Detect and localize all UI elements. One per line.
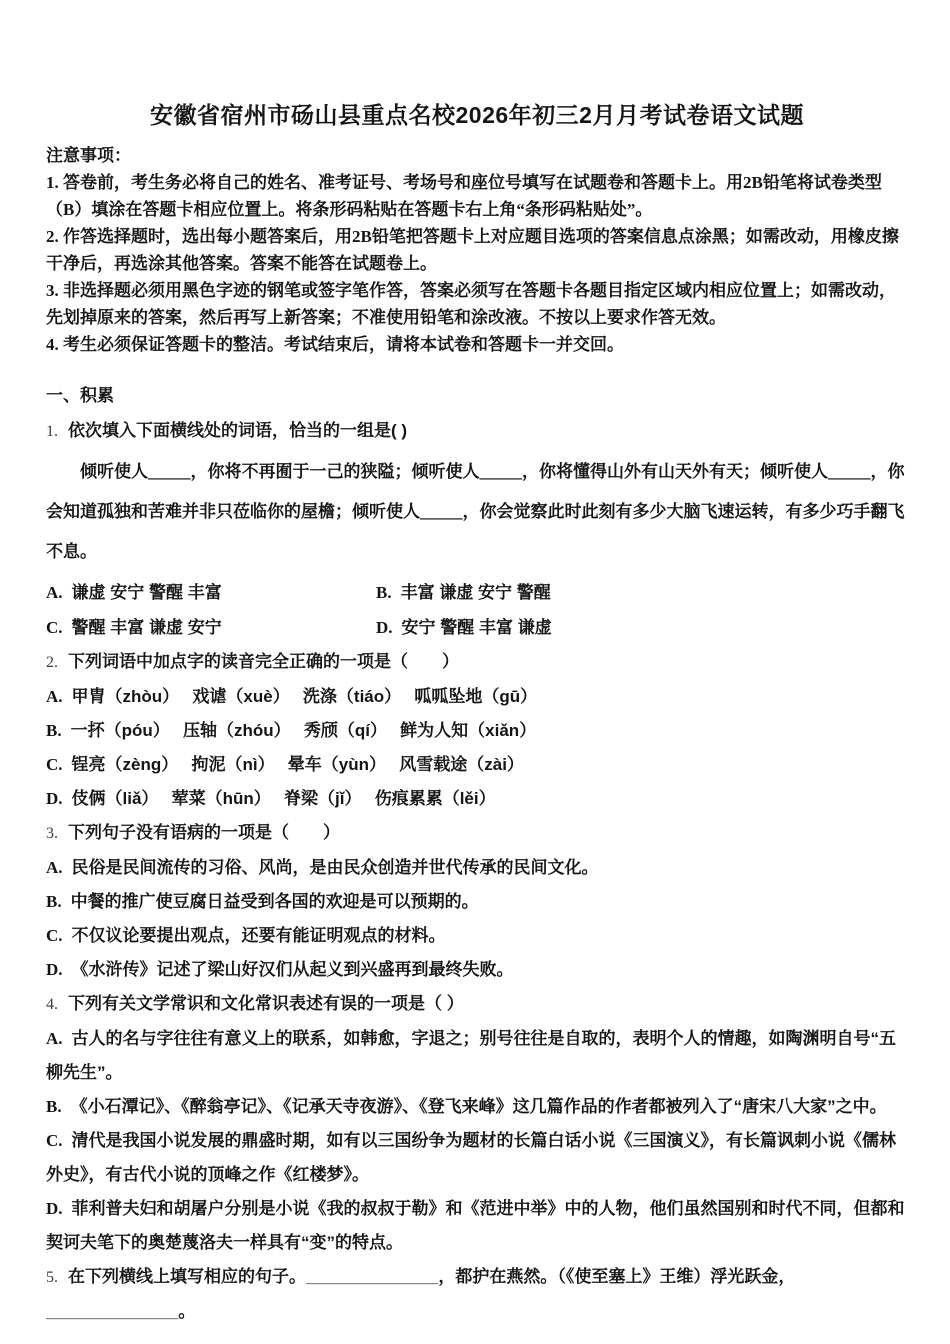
option-label: D.	[46, 789, 63, 808]
option-label: D.	[46, 1199, 63, 1218]
option-label: D.	[376, 618, 393, 637]
option-text: 伎俩（liǎ） 荤菜（hūn） 脊梁（jǐ） 伤痕累累（lěi）	[72, 789, 496, 808]
question-5: 5.在下列横线上填写相应的句子。______________，都护在燕然。（《使…	[46, 1260, 908, 1329]
option-label: C.	[46, 1131, 63, 1150]
option-text: 《水浒传》记述了梁山好汉们从起义到兴盛再到最终失败。	[72, 960, 514, 979]
option-label: B.	[376, 583, 392, 602]
option-d: D.安宁 警醒 丰富 谦虚	[376, 610, 908, 645]
option-label: C.	[46, 618, 63, 637]
option-d: D.菲利普夫妇和胡屠户分别是小说《我的叔叔于勒》和《范进中举》中的人物，他们虽然…	[46, 1192, 908, 1260]
question-4: 4.下列有关文学常识和文化常识表述有误的一项是（ ） A.古人的名与字往往有意义…	[46, 987, 908, 1260]
option-a: A.古人的名与字往往有意义上的联系，如韩愈，字退之；别号往往是自取的，表明个人的…	[46, 1022, 908, 1090]
option-a: A.谦虚 安宁 警醒 丰富	[46, 575, 376, 610]
page-title: 安徽省宿州市砀山县重点名校2026年初三2月月考试卷语文试题	[46, 100, 908, 130]
options-grid: A.谦虚 安宁 警醒 丰富 B.丰富 谦虚 安宁 警醒 C.警醒 丰富 谦虚 安…	[46, 575, 908, 645]
option-b: B.丰富 谦虚 安宁 警醒	[376, 575, 908, 610]
option-label: B.	[46, 721, 62, 740]
question-1: 1.依次填入下面横线处的词语，恰当的一组是( ) 倾听使人_____，你将不再囿…	[46, 414, 908, 645]
option-label: A.	[46, 1029, 63, 1048]
notice-item: 4. 考生必须保证答题卡的整洁。考试结束后，请将本试卷和答题卡一并交回。	[46, 331, 908, 358]
option-text: 甲胄（zhòu） 戏谑（xuè） 洗涤（tiáo） 呱呱坠地（gū）	[72, 687, 538, 706]
option-label: C.	[46, 755, 63, 774]
option-b: B.中餐的推广使豆腐日益受到各国的欢迎是可以预期的。	[46, 885, 908, 919]
option-text: 中餐的推广使豆腐日益受到各国的欢迎是可以预期的。	[71, 892, 479, 911]
option-text: 谦虚 安宁 警醒 丰富	[72, 583, 222, 602]
option-text: 清代是我国小说发展的鼎盛时期，如有以三国纷争为题材的长篇白话小说《三国演义》，有…	[46, 1131, 896, 1184]
question-passage: 倾听使人_____，你将不再囿于一己的狭隘；倾听使人_____，你将懂得山外有山…	[46, 452, 908, 572]
option-text: 《小石潭记》、《醉翁亭记》、《记承天寺夜游》、《登飞来峰》这几篇作品的作者都被列…	[71, 1097, 887, 1116]
question-2: 2.下列词语中加点字的读音完全正确的一项是（ ） A.甲胄（zhòu） 戏谑（x…	[46, 645, 908, 816]
option-c: C.锃亮（zèng） 拘泥（nì） 晕车（yùn） 风雪载途（zài）	[46, 748, 908, 782]
option-a: A.民俗是民间流传的习俗、风尚，是由民众创造并世代传承的民间文化。	[46, 851, 908, 885]
option-d: D.伎俩（liǎ） 荤菜（hūn） 脊梁（jǐ） 伤痕累累（lěi）	[46, 782, 908, 816]
notice-heading: 注意事项：	[46, 142, 908, 169]
option-text: 警醒 丰富 谦虚 安宁	[72, 618, 222, 637]
option-text: 古人的名与字往往有意义上的联系，如韩愈，字退之；别号往往是自取的，表明个人的情趣…	[46, 1029, 896, 1082]
option-label: A.	[46, 687, 63, 706]
option-label: A.	[46, 583, 63, 602]
option-text: 锃亮（zèng） 拘泥（nì） 晕车（yùn） 风雪载途（zài）	[72, 755, 524, 774]
option-a: A.甲胄（zhòu） 戏谑（xuè） 洗涤（tiáo） 呱呱坠地（gū）	[46, 680, 908, 714]
question-stem: 下列词语中加点字的读音完全正确的一项是（ ）	[68, 652, 459, 671]
question-stem: 下列有关文学常识和文化常识表述有误的一项是（ ）	[68, 994, 464, 1013]
question-stem: 下列句子没有语病的一项是（ ）	[68, 823, 340, 842]
notice-item: 3. 非选择题必须用黑色字迹的钢笔或签字笔作答，答案必须写在答题卡各题目指定区域…	[46, 277, 908, 331]
question-number: 3.	[46, 825, 58, 842]
question-stem: 在下列横线上填写相应的句子。______________，都护在燕然。（《使至塞…	[46, 1267, 795, 1321]
option-label: C.	[46, 926, 63, 945]
option-c: C.不仅议论要提出观点，还要有能证明观点的材料。	[46, 919, 908, 953]
option-text: 一抔（póu） 压轴（zhóu） 秀颀（qí） 鲜为人知（xiǎn）	[71, 721, 537, 740]
notice-section: 注意事项： 1. 答卷前，考生务必将自己的姓名、准考证号、考场号和座位号填写在试…	[46, 142, 908, 358]
question-number: 2.	[46, 654, 58, 671]
option-text: 民俗是民间流传的习俗、风尚，是由民众创造并世代传承的民间文化。	[72, 858, 599, 877]
notice-item: 2. 作答选择题时，选出每小题答案后，用2B铅笔把答题卡上对应题目选项的答案信息…	[46, 223, 908, 277]
exam-paper-page: 安徽省宿州市砀山县重点名校2026年初三2月月考试卷语文试题 注意事项： 1. …	[0, 0, 950, 1329]
option-text: 安宁 警醒 丰富 谦虚	[402, 618, 552, 637]
option-c: C.警醒 丰富 谦虚 安宁	[46, 610, 376, 645]
option-d: D.《水浒传》记述了梁山好汉们从起义到兴盛再到最终失败。	[46, 953, 908, 987]
question-3: 3.下列句子没有语病的一项是（ ） A.民俗是民间流传的习俗、风尚，是由民众创造…	[46, 816, 908, 987]
option-label: B.	[46, 892, 62, 911]
option-c: C.清代是我国小说发展的鼎盛时期，如有以三国纷争为题材的长篇白话小说《三国演义》…	[46, 1124, 908, 1192]
notice-item: 1. 答卷前，考生务必将自己的姓名、准考证号、考场号和座位号填写在试题卷和答题卡…	[46, 169, 908, 223]
section-heading: 一、积累	[46, 380, 908, 412]
option-label: A.	[46, 858, 63, 877]
question-stem: 依次填入下面横线处的词语，恰当的一组是( )	[68, 421, 407, 440]
option-label: B.	[46, 1097, 62, 1116]
option-b: B.一抔（póu） 压轴（zhóu） 秀颀（qí） 鲜为人知（xiǎn）	[46, 714, 908, 748]
option-text: 丰富 谦虚 安宁 警醒	[401, 583, 551, 602]
option-label: D.	[46, 960, 63, 979]
option-text: 菲利普夫妇和胡屠户分别是小说《我的叔叔于勒》和《范进中举》中的人物，他们虽然国别…	[46, 1199, 905, 1252]
question-number: 5.	[46, 1269, 58, 1286]
question-number: 1.	[46, 423, 58, 440]
option-b: B.《小石潭记》、《醉翁亭记》、《记承天寺夜游》、《登飞来峰》这几篇作品的作者都…	[46, 1090, 908, 1124]
option-text: 不仅议论要提出观点，还要有能证明观点的材料。	[72, 926, 446, 945]
question-number: 4.	[46, 996, 58, 1013]
